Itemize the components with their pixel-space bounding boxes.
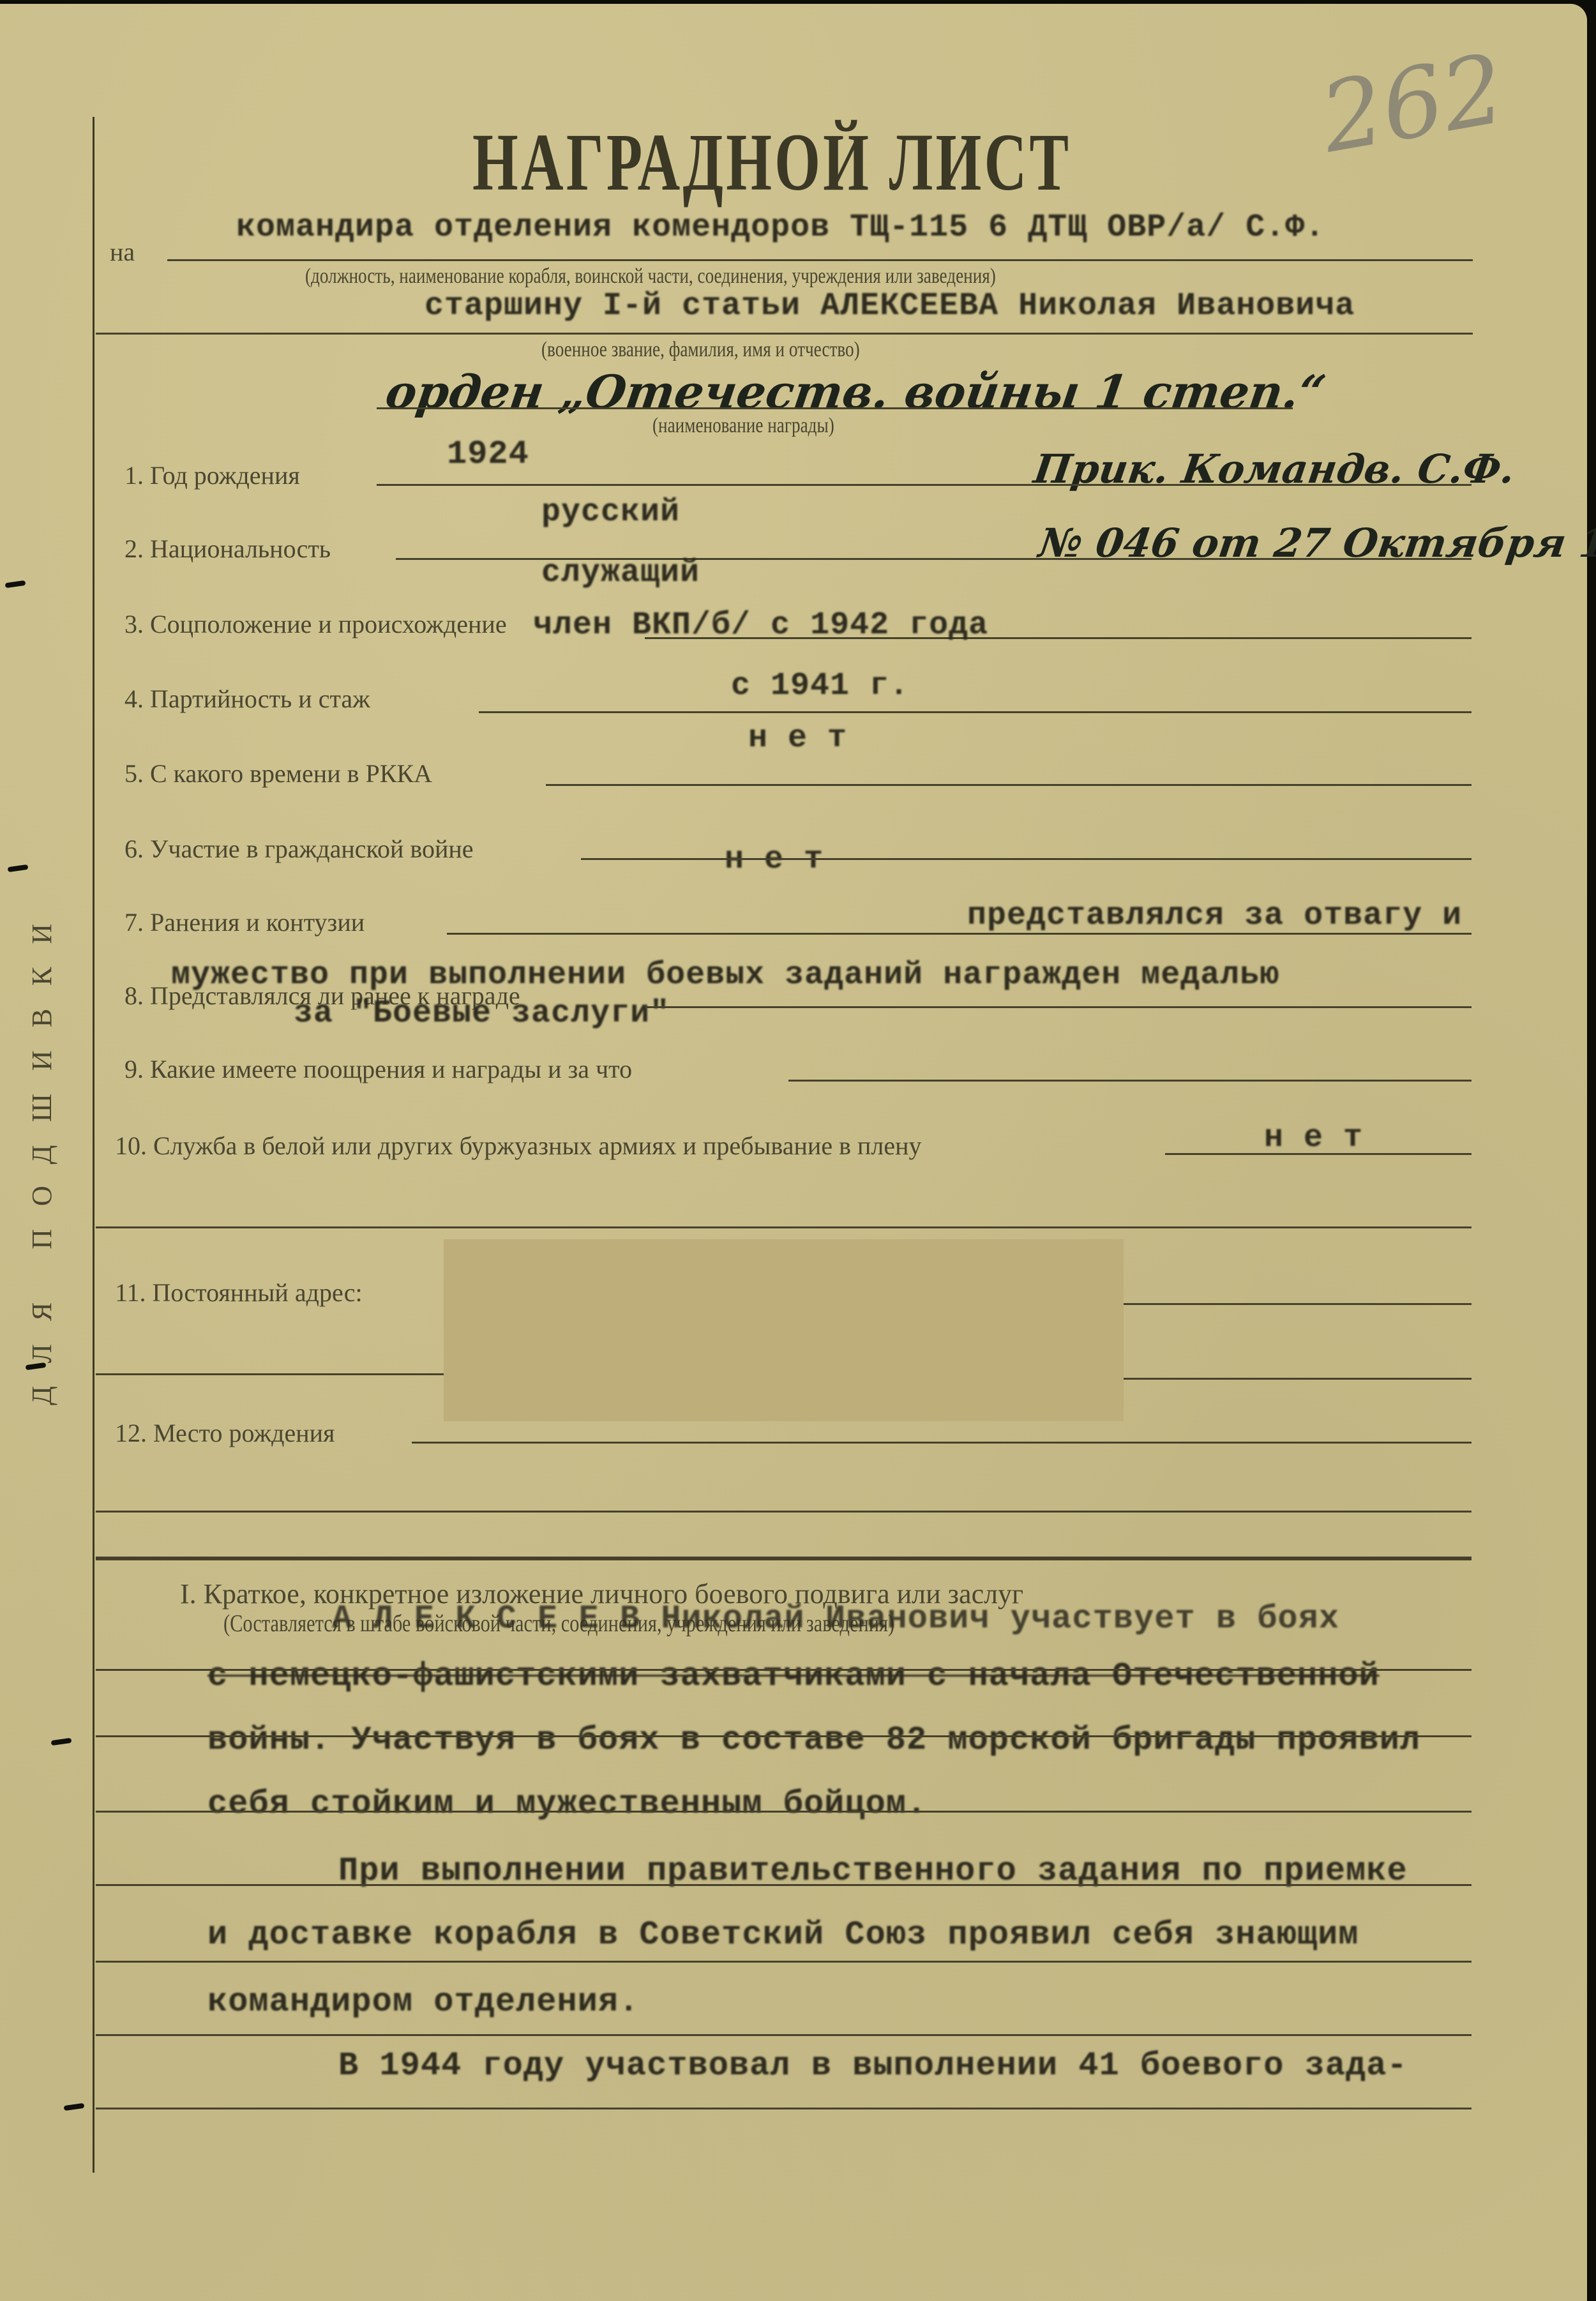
redacted-address-block (444, 1239, 1124, 1421)
narrative-rule-5 (96, 1961, 1472, 1963)
field-12-underline (412, 1442, 1472, 1444)
field-7-label: 7. Ранения и контузии (124, 907, 365, 937)
field-8-underline (645, 1006, 1472, 1008)
narrative-line-4: себя стойким и мужественным бойцом. (207, 1785, 927, 1823)
field-12-underline-2 (96, 1511, 1472, 1513)
narrative-line-8: В 1944 году участвовал в выполнении 41 б… (338, 2047, 1408, 2085)
name-value: старшину I-й статьи АЛЕКСЕЕВА Николая Ив… (425, 288, 1355, 324)
field-1-label: 1. Год рождения (124, 460, 300, 490)
position-hint: (должность, наименование корабля, воинск… (305, 264, 996, 289)
binding-margin-label: ДЛЯ ПОДШИВКИ (26, 799, 89, 1405)
field-2-label: 2. Национальность (124, 534, 331, 564)
field-11-underline-2a (96, 1373, 444, 1375)
punch-hole-mark (64, 2103, 85, 2111)
field-6-value: н е т (748, 720, 847, 757)
field-7-underline (447, 933, 1472, 935)
section-divider (96, 1557, 1472, 1560)
field-4-underline (479, 711, 1472, 713)
award-underline (377, 407, 1293, 409)
document-title: НАГРАДНОЙ ЛИСТ (472, 116, 1071, 209)
award-name-handwritten: орден „Отечеств. войны 1 степ.“ (382, 365, 1329, 419)
name-hint: (военное звание, фамилия, имя и отчество… (541, 338, 860, 362)
field-5-label: 5. С какого времени в РККА (124, 758, 432, 788)
field-1-value: 1924 (447, 435, 529, 473)
narrative-rule-7 (96, 2108, 1472, 2109)
punch-hole-mark (51, 1738, 72, 1746)
field-8-value-line3: за "Боевые заслуги" (294, 995, 670, 1032)
field-8-value-line1: представлялся за отвагу и (967, 898, 1462, 934)
field-11-label: 11. Постоянный адрес: (115, 1278, 363, 1308)
field-9-label: 9. Какие имеете поощрения и награды и за… (124, 1054, 632, 1084)
award-hint: (наименование награды) (652, 414, 834, 438)
position-underline (167, 259, 1473, 261)
field-6-underline (581, 858, 1472, 860)
field-9-underline (788, 1080, 1472, 1082)
field-10-label: 10. Служба в белой или других буржуазных… (115, 1131, 922, 1161)
narrative-rule-1 (96, 1669, 1472, 1671)
field-4-value: член ВКП/б/ с 1942 года (533, 607, 988, 644)
field-10-value: н е т (1264, 1120, 1363, 1156)
narrative-rule-4 (96, 1884, 1472, 1886)
field-12-label: 12. Место рождения (115, 1418, 335, 1448)
field-10-underline (1165, 1153, 1472, 1155)
field-8-value-line2: мужество при выполнении боевых заданий н… (171, 957, 1279, 993)
narrative-line-6: и доставке корабля в Советский Союз проя… (207, 1916, 1359, 1954)
award-sheet-page: ДЛЯ ПОДШИВКИ 262 НАГРАДНОЙ ЛИСТ на коман… (0, 4, 1587, 2301)
field-3-label: 3. Соцположение и происхождение (124, 609, 507, 639)
narrative-line-1: А Л Е К С Е Е В Николай Иванович участву… (332, 1600, 1339, 1638)
margin-vertical-rule (93, 117, 94, 2173)
narrative-line-3: войны. Участвуя в боях в составе 82 морс… (207, 1721, 1420, 1759)
punch-hole-mark (5, 580, 26, 588)
field-5-underline (546, 784, 1472, 786)
field-11-underline-2b (1124, 1378, 1472, 1380)
field-3-value: служащий (541, 555, 700, 591)
field-2-value: русский (541, 494, 680, 531)
narrative-rule-3 (96, 1811, 1472, 1813)
archive-page-number: 262 (1313, 33, 1512, 174)
field-1-underline (377, 484, 1472, 486)
field-5-value: с 1941 г. (731, 668, 909, 704)
narrative-line-2: с немецко-фашистскими захватчиками с нач… (207, 1657, 1380, 1695)
narrative-line-7: командиром отделения. (207, 1983, 639, 2021)
recipient-prefix: на (110, 237, 135, 267)
position-value: командира отделения комендоров ТЩ-115 6 … (236, 209, 1325, 246)
field-6-label: 6. Участие в гражданской войне (124, 834, 474, 864)
name-underline (96, 333, 1473, 335)
field-11-underline (1124, 1303, 1472, 1305)
narrative-rule-6 (96, 2034, 1472, 2036)
field-4-label: 4. Партийность и стаж (124, 684, 370, 714)
field-10-underline-2 (96, 1226, 1472, 1228)
narrative-rule-2 (96, 1735, 1472, 1737)
